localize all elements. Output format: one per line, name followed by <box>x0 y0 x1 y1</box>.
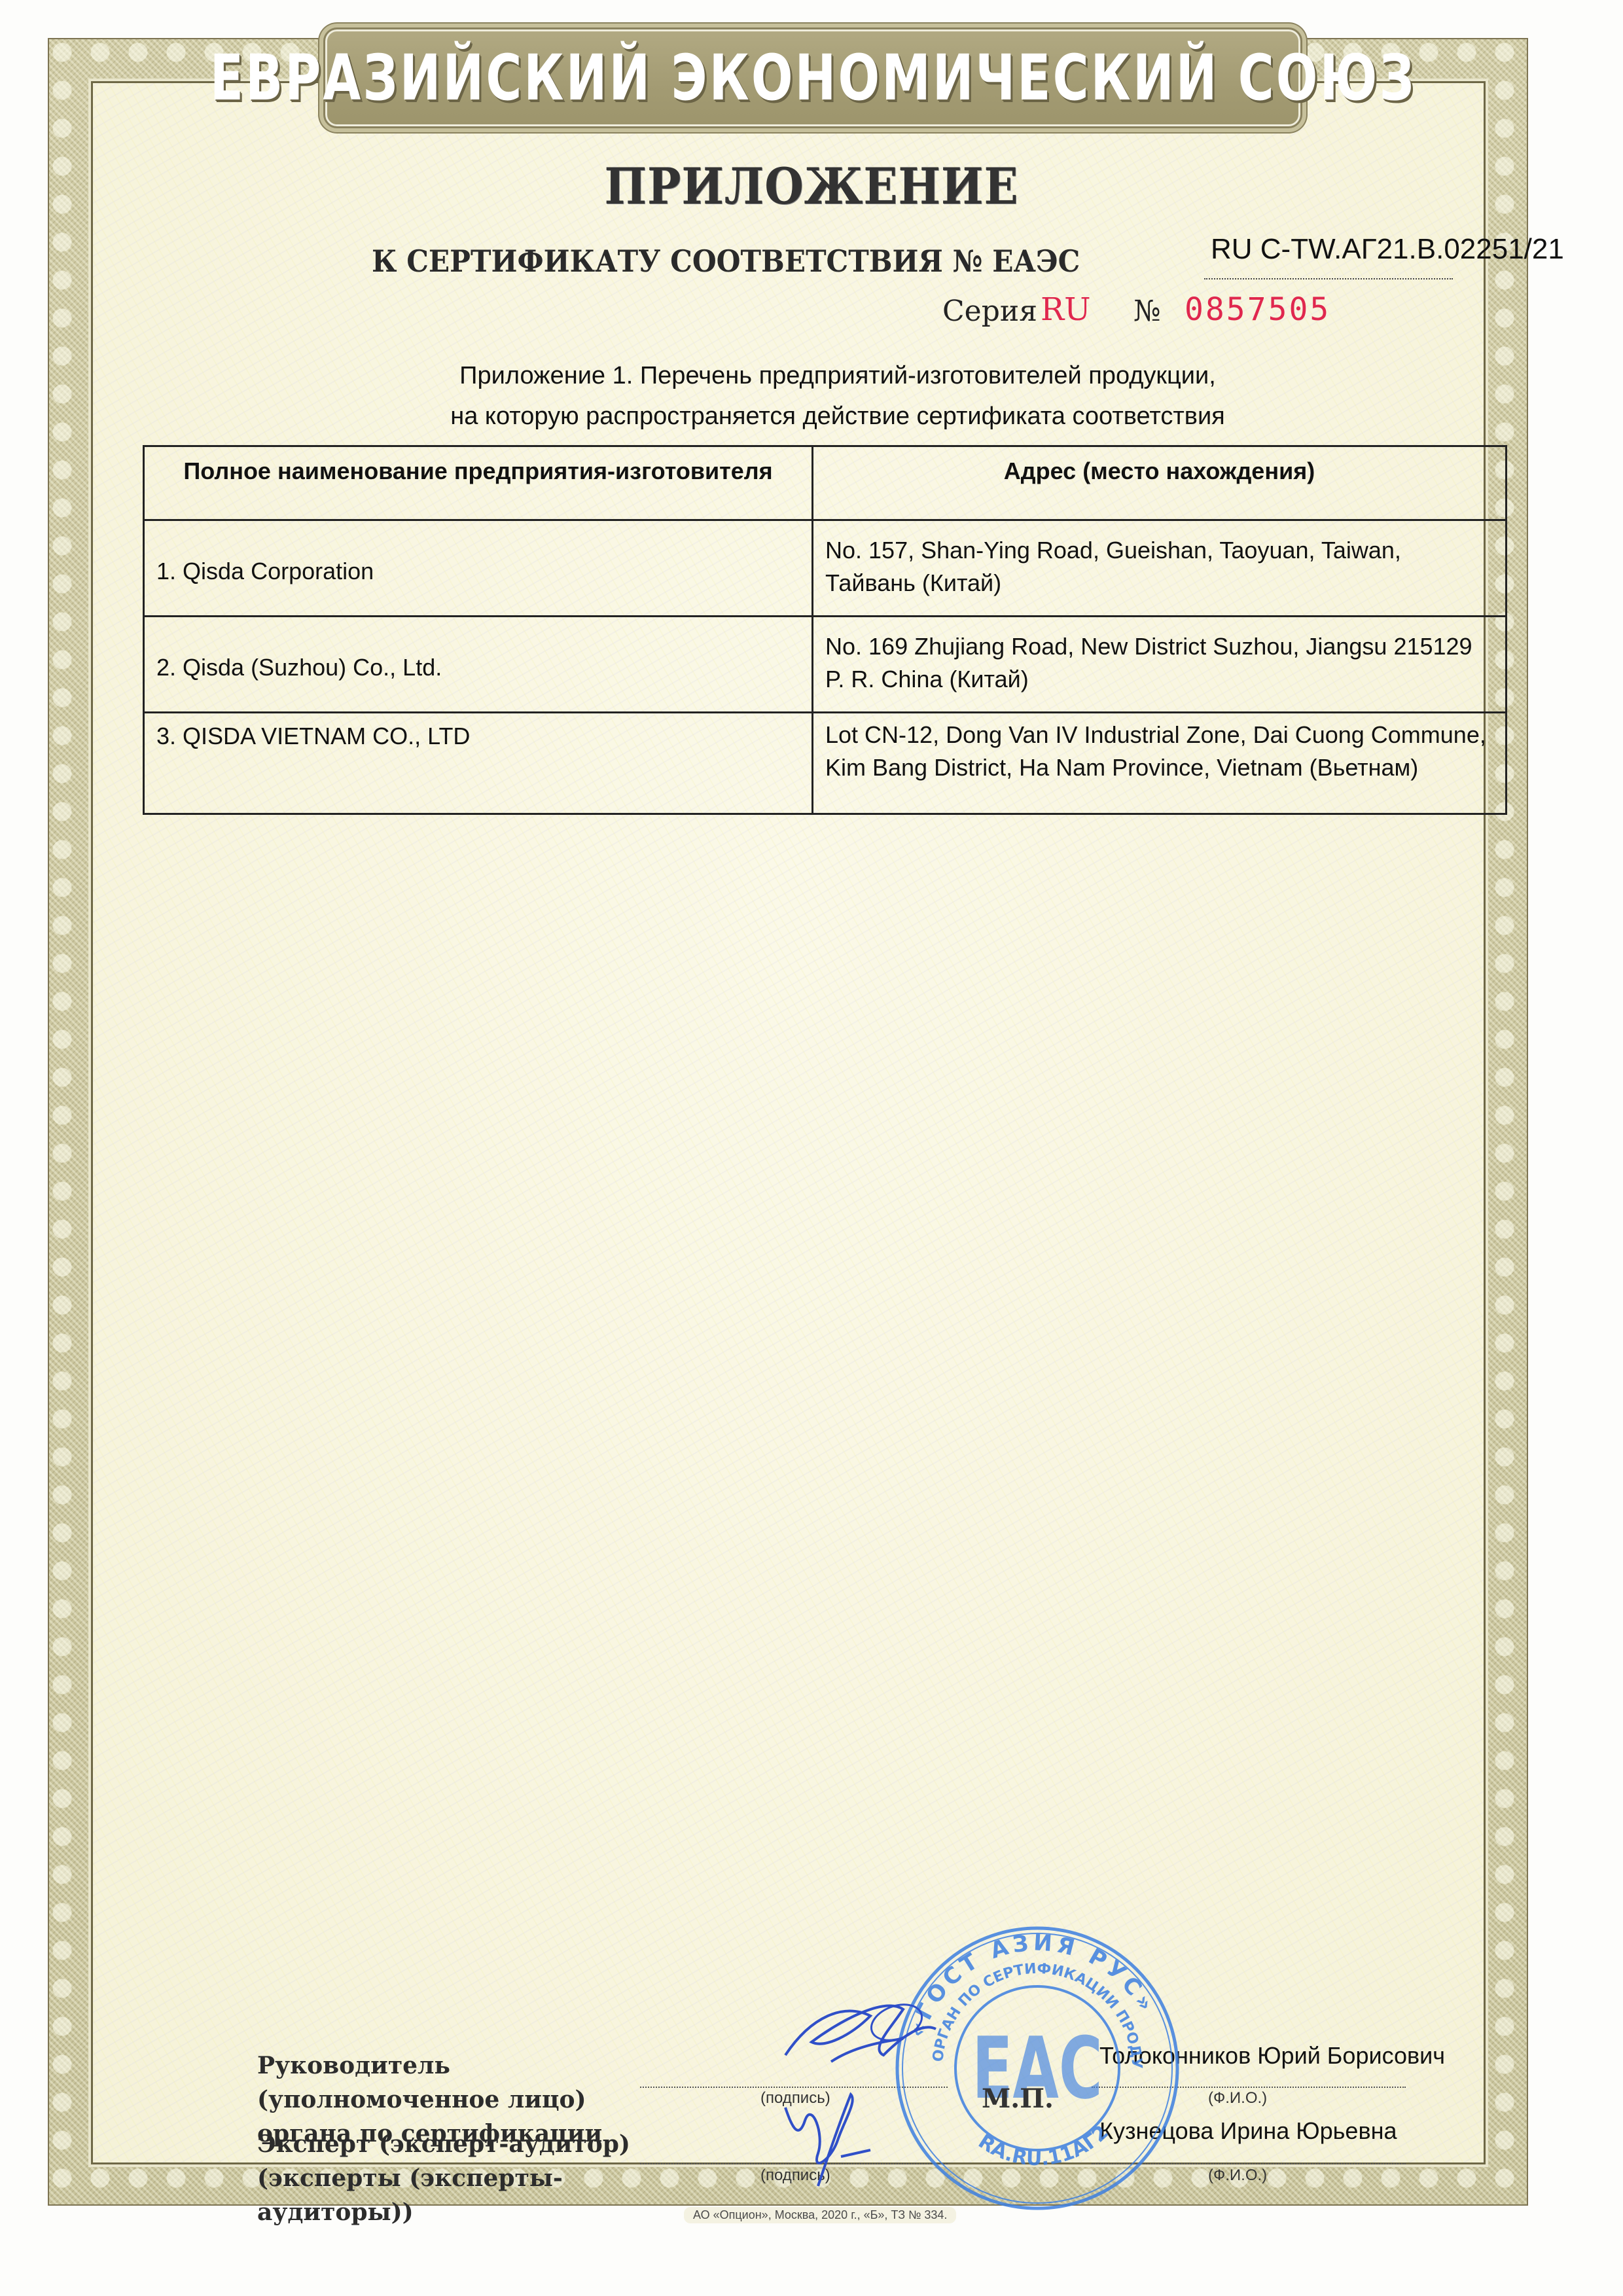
certificate-paper <box>91 81 1486 2164</box>
page-title: ПРИЛОЖЕНИЕ <box>81 157 1542 215</box>
series-value: RU <box>1041 291 1091 328</box>
head-fio-caption: (Ф.И.О.) <box>1208 2089 1267 2108</box>
series-label: Серия <box>942 295 1037 328</box>
manufacturer-address: No. 157, Shan-Ying Road, Gueishan, Taoyu… <box>813 520 1507 617</box>
expert-signature <box>766 2081 877 2193</box>
manufacturer-address: No. 169 Zhujiang Road, New District Suzh… <box>813 617 1507 713</box>
column-header-name: Полное наименование предприятия-изготови… <box>144 446 813 520</box>
table-row: 3. QISDA VIETNAM CO., LTD Lot CN-12, Don… <box>144 713 1507 814</box>
union-banner: ЕВРАЗИЙСКИЙ ЭКОНОМИЧЕСКИЙ СОЮЗ <box>325 29 1300 126</box>
table-row: 1. Qisda Corporation No. 157, Shan-Ying … <box>144 520 1507 617</box>
appendix-subtitle-line2: на которую распространяется действие сер… <box>26 403 1623 431</box>
appendix-subtitle-line1: Приложение 1. Перечень предприятий-изгот… <box>26 362 1623 390</box>
certificate-number-underline <box>1204 278 1453 279</box>
seal-place-label: М.П. <box>982 2083 1054 2114</box>
form-number-value: 0857505 <box>1185 291 1330 328</box>
manufacturer-name: 1. Qisda Corporation <box>144 520 813 617</box>
expert-fio-caption: (Ф.И.О.) <box>1208 2166 1267 2185</box>
manufacturer-address: Lot CN-12, Dong Van IV Industrial Zone, … <box>813 713 1507 814</box>
expert-label: Эксперт (эксперт-аудитор) (эксперты (экс… <box>257 2127 676 2229</box>
certificate-number: RU C-TW.АГ21.В.02251/21 <box>1211 233 1446 266</box>
printer-imprint: АО «Опцион», Москва, 2020 г., «Б», ТЗ № … <box>684 2207 956 2223</box>
form-number-label: № <box>1133 295 1161 328</box>
table-header-row: Полное наименование предприятия-изготови… <box>144 446 1507 520</box>
manufacturers-table: Полное наименование предприятия-изготови… <box>143 445 1507 815</box>
banner-title: ЕВРАЗИЙСКИЙ ЭКОНОМИЧЕСКИЙ СОЮЗ <box>210 41 1416 115</box>
manufacturer-name: 3. QISDA VIETNAM CO., LTD <box>144 713 813 814</box>
manufacturer-name: 2. Qisda (Suzhou) Co., Ltd. <box>144 617 813 713</box>
certificate-label: К СЕРТИФИКАТУ СООТВЕТСТВИЯ № ЕАЭС <box>372 243 1080 279</box>
table-row: 2. Qisda (Suzhou) Co., Ltd. No. 169 Zhuj… <box>144 617 1507 713</box>
head-signature <box>772 1977 942 2088</box>
column-header-address: Адрес (место нахождения) <box>813 446 1507 520</box>
